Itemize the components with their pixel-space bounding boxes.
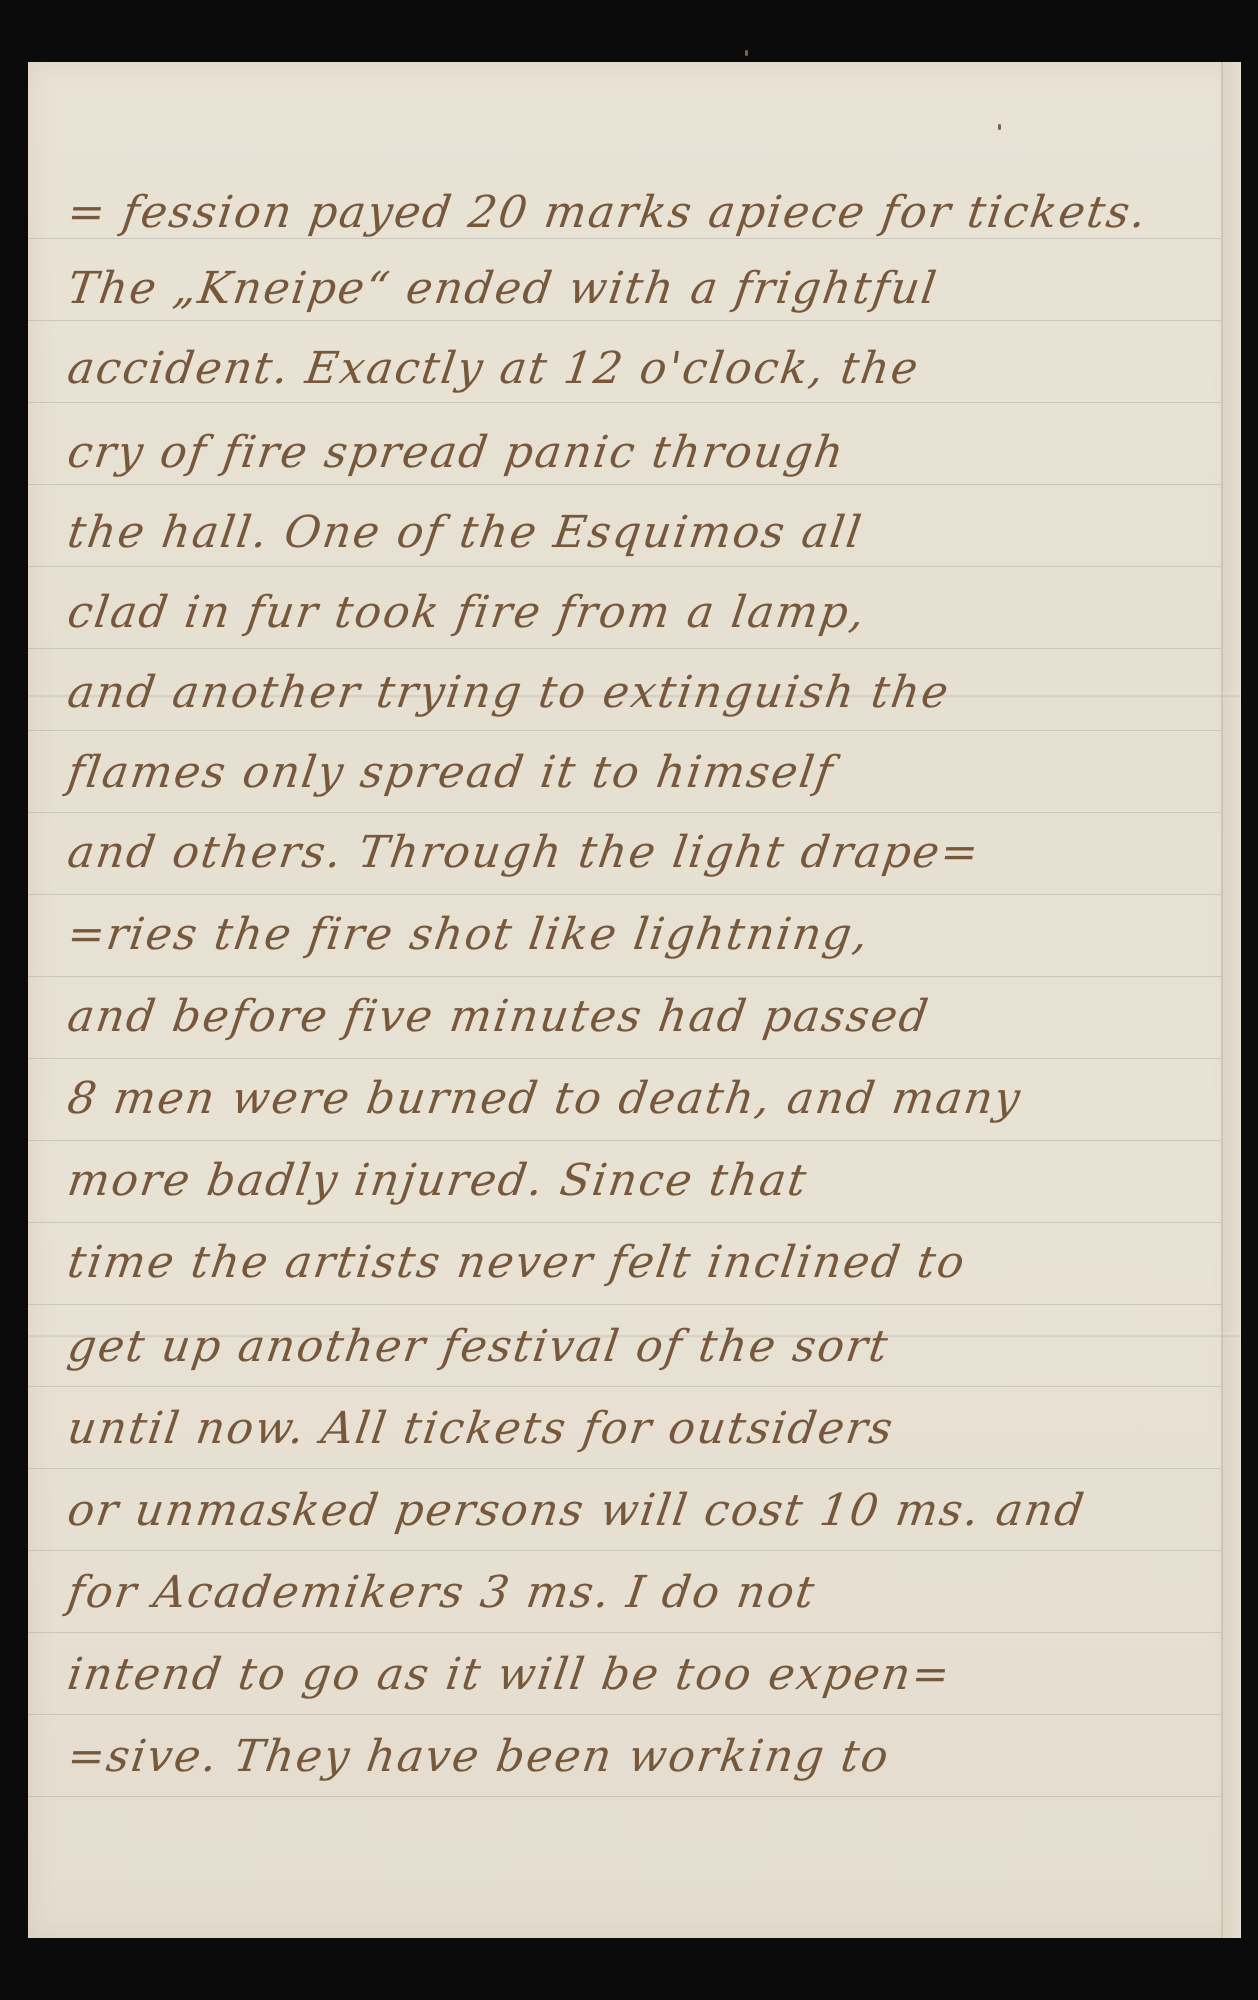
ruled-line: [28, 1550, 1221, 1551]
ink-speck: [998, 124, 1001, 130]
ruled-line: [28, 1304, 1221, 1305]
ruled-line: [28, 812, 1221, 813]
letter-page: = fession payed 20 marks apiece for tick…: [28, 62, 1241, 1938]
ink-speck: [745, 50, 748, 56]
ruled-line: [28, 894, 1221, 895]
ruled-line: [28, 648, 1221, 649]
handwritten-line: = fession payed 20 marks apiece for tick…: [63, 178, 1206, 248]
handwritten-line: until now. All tickets for outsiders: [63, 1394, 1206, 1464]
handwritten-line: accident. Exactly at 12 o'clock, the: [63, 334, 1206, 404]
page-edge: [1223, 62, 1241, 1938]
handwritten-line: and another trying to extinguish the: [63, 658, 1206, 728]
handwritten-line: and before five minutes had passed: [63, 982, 1206, 1052]
page-edge-line: [1221, 62, 1223, 1938]
ruled-line: [28, 1468, 1221, 1469]
handwritten-line: =sive. They have been working to: [63, 1722, 1206, 1792]
handwritten-line: and others. Through the light drape=: [63, 818, 1206, 888]
handwritten-line: or unmasked persons will cost 10 ms. and: [63, 1476, 1206, 1546]
ruled-line: [28, 730, 1221, 731]
ruled-line: [28, 976, 1221, 977]
handwritten-line: cry of fire spread panic through: [63, 418, 1206, 488]
ruled-line: [28, 1796, 1221, 1797]
ruled-line: [28, 1386, 1221, 1387]
handwritten-line: intend to go as it will be too expen=: [63, 1640, 1206, 1710]
handwritten-line: The „Kneipe“ ended with a frightful: [63, 254, 1206, 324]
handwritten-line: =ries the fire shot like lightning,: [63, 900, 1206, 970]
handwritten-line: for Academikers 3 ms. I do not: [63, 1558, 1206, 1628]
handwritten-line: more badly injured. Since that: [63, 1146, 1206, 1216]
ruled-line: [28, 1058, 1221, 1059]
handwritten-line: the hall. One of the Esquimos all: [63, 498, 1206, 568]
ruled-line: [28, 1632, 1221, 1633]
ruled-line: [28, 1222, 1221, 1223]
handwritten-line: clad in fur took fire from a lamp,: [63, 578, 1206, 648]
ruled-line: [28, 1714, 1221, 1715]
handwritten-line: flames only spread it to himself: [63, 738, 1206, 808]
handwritten-line: get up another festival of the sort: [63, 1312, 1206, 1382]
handwritten-line: 8 men were burned to death, and many: [63, 1064, 1206, 1134]
handwritten-line: time the artists never felt inclined to: [63, 1228, 1206, 1298]
ruled-line: [28, 1140, 1221, 1141]
